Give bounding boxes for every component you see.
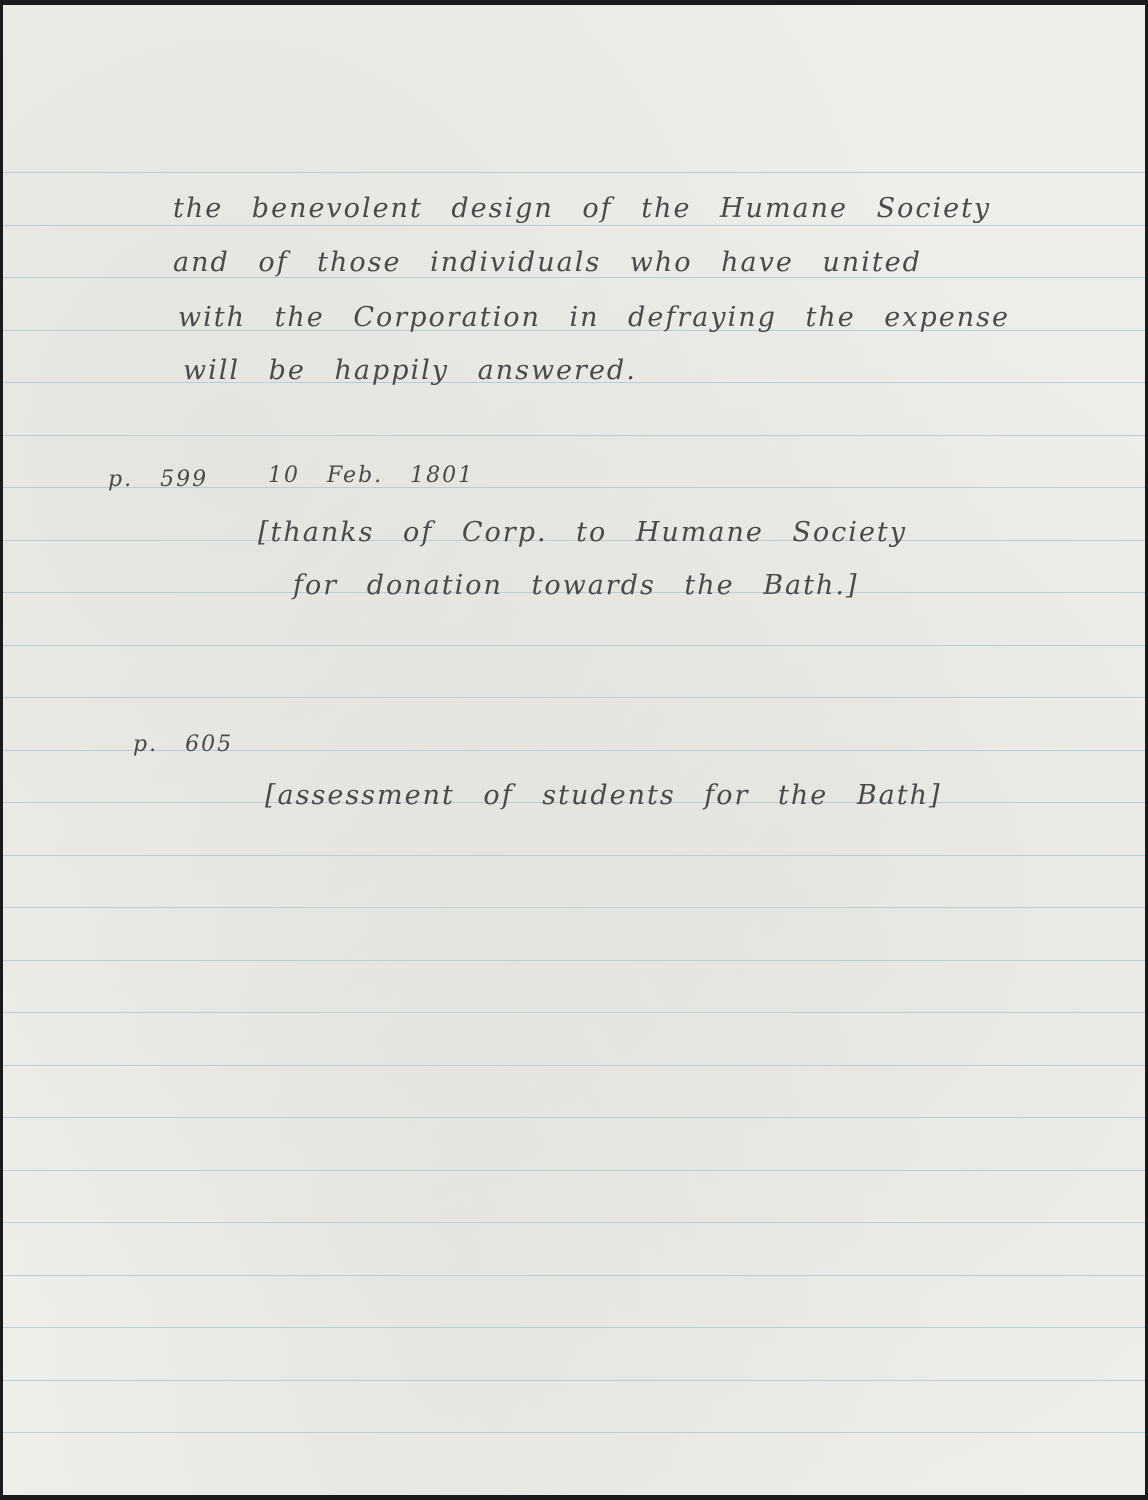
rule-line [3,1432,1145,1433]
entry-1-page-ref: p. 599 [108,467,208,492]
entry-2-page-ref: p. 605 [133,732,233,757]
entry-1-date: 10 Feb. 1801 [268,463,474,488]
rule-line [3,855,1145,856]
rule-line [3,1065,1145,1066]
rule-line [3,172,1145,173]
rule-line [3,1170,1145,1171]
paragraph-line-4: will be happily answered. [183,355,637,386]
ruled-paper-page: the benevolent design of the Humane Soci… [3,5,1145,1495]
rule-line [3,435,1145,436]
rule-line [3,1275,1145,1276]
rule-line [3,697,1145,698]
paragraph-line-1: the benevolent design of the Humane Soci… [173,193,991,224]
rule-line [3,960,1145,961]
rule-line [3,1117,1145,1118]
rule-line [3,1222,1145,1223]
paragraph-line-2: and of those individuals who have united [173,247,922,278]
entry-2-note-line-1: [assessment of students for the Bath] [265,780,942,811]
entry-1-note-line-1: [thanks of Corp. to Humane Society [258,517,907,548]
rule-line [3,225,1145,226]
paragraph-line-3: with the Corporation in defraying the ex… [178,302,1010,333]
rule-line [3,1380,1145,1381]
rule-line [3,1012,1145,1013]
rule-line [3,1327,1145,1328]
entry-1-note-line-2: for donation towards the Bath.] [293,570,859,601]
rule-line [3,907,1145,908]
rule-line [3,645,1145,646]
